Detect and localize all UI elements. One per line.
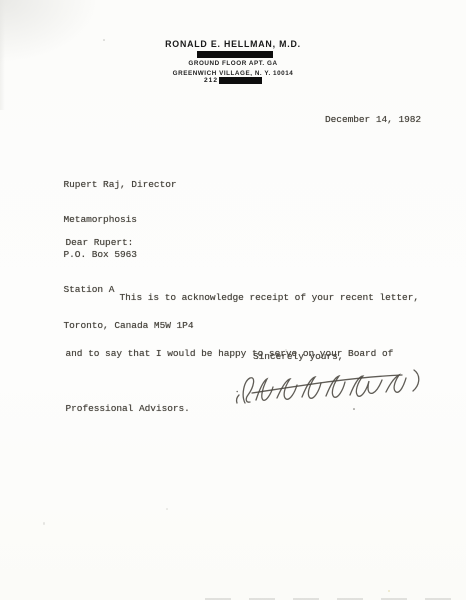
redacted-address-bar <box>197 51 273 58</box>
recipient-name: Rupert Raj, Director <box>64 179 194 191</box>
scan-speck <box>166 508 168 510</box>
recipient-organization: Metamorphosis <box>64 214 194 226</box>
salutation: Dear Rupert: <box>66 237 134 248</box>
scan-speck <box>388 590 390 592</box>
letter-page: RONALD E. HELLMAN, M.D. GROUND FLOOR APT… <box>0 0 466 600</box>
letterhead-address-line: GROUND FLOOR APT. GA <box>0 60 466 67</box>
letterhead-name: RONALD E. HELLMAN, M.D. <box>0 39 466 49</box>
scan-speck <box>285 349 287 351</box>
scan-speck <box>43 522 45 525</box>
body-line: This is to acknowledge receipt of your r… <box>66 289 438 308</box>
letterhead-city-line: GREENWICH VILLAGE, N. Y. 10014 <box>0 70 466 77</box>
signature-scrawl <box>232 367 424 413</box>
redacted-phone-bar <box>219 77 262 84</box>
body-line: and to say that I would be happy to serv… <box>66 345 438 364</box>
letter-body: This is to acknowledge receipt of your r… <box>66 252 438 456</box>
scan-speck <box>103 39 105 41</box>
letterhead-phone-row: 212 <box>0 77 466 84</box>
closing: Sincerely yours, <box>253 351 343 362</box>
phone-area-code: 212 <box>204 77 218 84</box>
letter-date: December 14, 1982 <box>325 114 421 125</box>
scan-edge-shade <box>0 0 5 110</box>
